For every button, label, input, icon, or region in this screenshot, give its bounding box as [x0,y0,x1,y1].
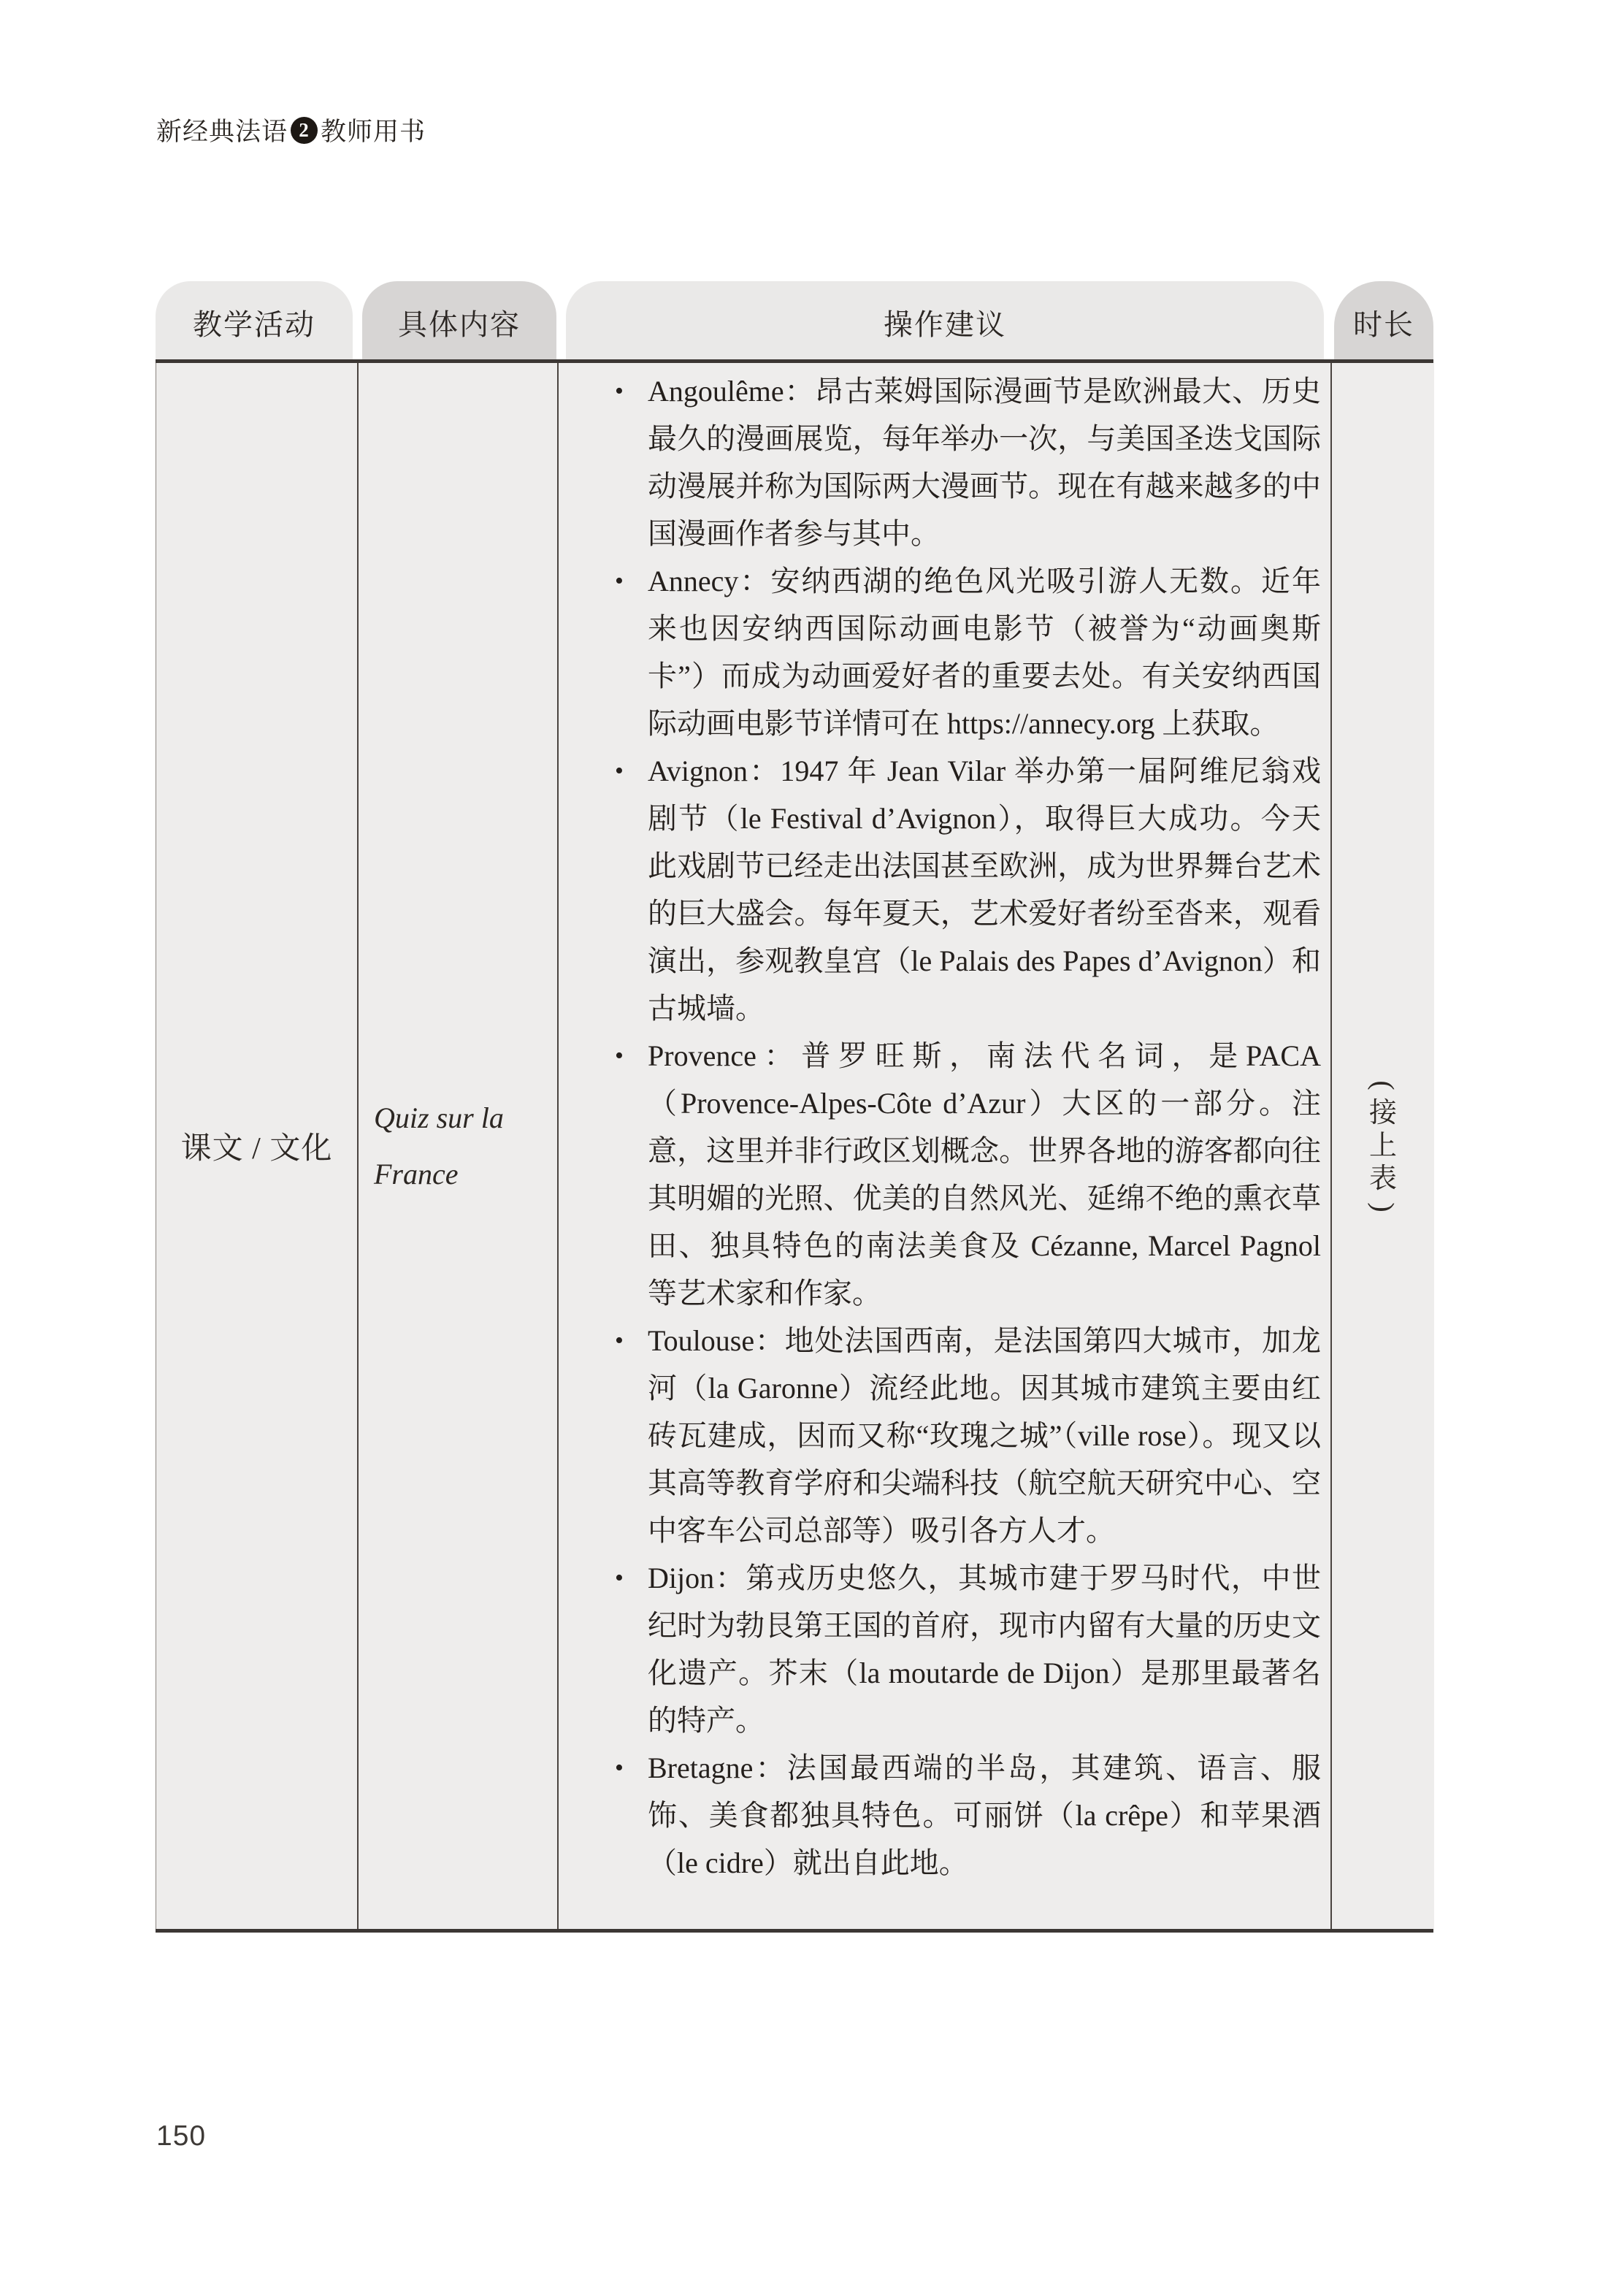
column-header-teaching-activity: 教学活动 [156,281,353,359]
suggestion-item: Avignon：1947 年 Jean Vilar 举办第一届阿维尼翁戏剧节（l… [559,747,1330,1032]
cell-duration: ( 接 上 表 ) [1332,363,1434,1929]
suggestion-item: Provence：普罗旺斯，南法代名词，是PACA（Provence-Alpes… [559,1032,1330,1317]
document-page: 新经典法语 2 教师用书 教学活动 具体内容 操作建议 时长 课文 / 文化 Q… [0,0,1624,2270]
teaching-activity-label: 课文 / 文化 [181,1124,333,1168]
vertical-char: 表 [1369,1163,1397,1196]
suggestion-item: Dijon：第戎历史悠久，其城市建于罗马时代，中世纪时为勃艮第王国的首府，现市内… [559,1554,1330,1744]
specific-content-label: Quiz sur la France [359,1090,557,1202]
volume-number: 2 [299,119,310,142]
cell-suggestions: Angoulême：昂古莱姆国际漫画节是欧洲最大、历史最久的漫画展览，每年举办一… [559,363,1330,1929]
column-header-specific-content: 具体内容 [362,281,556,359]
suggestion-item: Angoulême：昂古莱姆国际漫画节是欧洲最大、历史最久的漫画展览，每年举办一… [559,367,1330,557]
table-body-row: 课文 / 文化 Quiz sur la France Angoulême：昂古莱… [156,363,1433,1929]
vertical-char: 接 [1369,1097,1397,1130]
column-header-duration: 时长 [1334,281,1433,359]
vertical-open-paren: ( [1371,1080,1395,1090]
vertical-char: 上 [1369,1130,1397,1163]
suggestions-list: Angoulême：昂古莱姆国际漫画节是欧洲最大、历史最久的漫画展览，每年举办一… [559,367,1330,1887]
table-header-row: 教学活动 具体内容 操作建议 时长 [156,281,1433,359]
duration-continued-note: ( 接 上 表 ) [1369,1074,1397,1219]
volume-badge: 2 [291,117,318,144]
vertical-close-paren: ) [1371,1202,1395,1212]
running-head: 新经典法语 2 教师用书 [156,114,426,146]
book-type: 教师用书 [321,112,426,148]
cell-teaching-activity: 课文 / 文化 [156,363,357,1929]
table-bottom-rule [156,1929,1433,1933]
lesson-plan-table: 教学活动 具体内容 操作建议 时长 课文 / 文化 Quiz sur la Fr… [156,281,1433,1933]
cell-specific-content: Quiz sur la France [359,363,557,1929]
column-header-suggestions: 操作建议 [566,281,1324,359]
series-title: 新经典法语 [156,112,288,148]
suggestion-item: Toulouse：地处法国西南，是法国第四大城市，加龙河（la Garonne）… [559,1317,1330,1554]
page-number: 150 [156,2120,206,2152]
suggestion-item: Annecy：安纳西湖的绝色风光吸引游人无数。近年来也因安纳西国际动画电影节（被… [559,557,1330,747]
suggestion-item: Bretagne：法国最西端的半岛，其建筑、语言、服饰、美食都独具特色。可丽饼（… [559,1744,1330,1887]
